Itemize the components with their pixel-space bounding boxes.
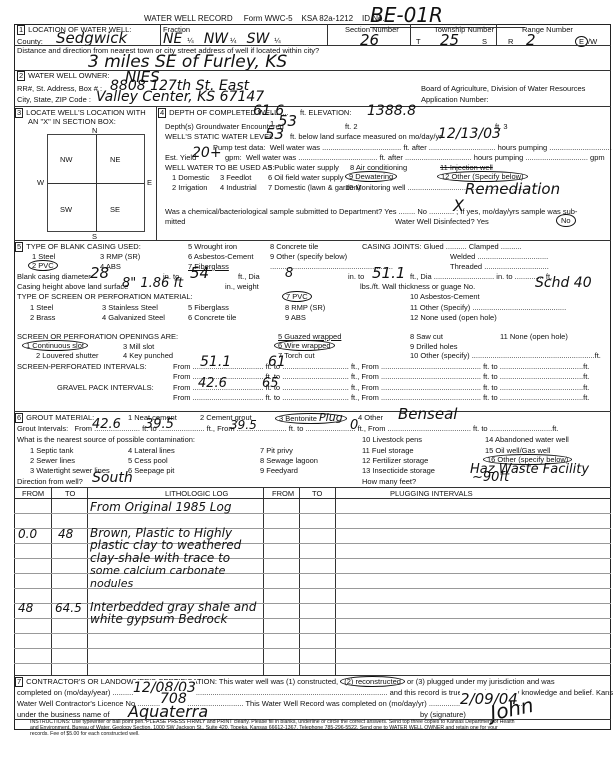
use-3[interactable]: 3 Feedlot [220,173,251,182]
quad-se: SE [110,205,120,214]
contam-livestock[interactable]: 10 Livestock pens [362,435,422,444]
contam-fertilizer[interactable]: 12 Fertilizer storage [362,456,428,465]
screen-rmp[interactable]: 8 RMP (SR) [285,303,325,312]
lbs-label: lbs./ft. Wall thickness or guage No. [360,282,475,291]
screen-to-field[interactable]: 61 [268,354,286,370]
opening-saw-cut[interactable]: 8 Saw cut [410,332,443,341]
grout-to-1[interactable]: 39.5 [145,417,174,432]
form-title: WATER WELL RECORD Form WWC-5 KSA 82a-121… [144,14,385,23]
use-2[interactable]: 2 Irrigation [172,183,207,192]
casing-label: 5TYPE OF BLANK CASING USED: [15,242,141,252]
gravel-intervals-label: GRAVEL PACK INTERVALS: [57,383,154,392]
log-text[interactable]: clay-shale with trace to [90,551,230,565]
joints-threaded[interactable]: Threaded ............................... [450,262,549,271]
elevation-label: ft. ELEVATION: [300,108,351,117]
quad-ne: NE [110,155,120,164]
pump-test-row-1: Pump test data: Well water was .........… [213,143,613,152]
grout-from-1[interactable]: 42.6 [92,417,121,432]
static-level-label: WELL'S STATIC WATER LEVEL [165,132,273,141]
direction-field[interactable]: South [92,470,133,486]
disinfected-no[interactable]: No [556,214,576,227]
range-field[interactable]: 2 [526,31,536,49]
section2-label: 2WATER WELL OWNER: [17,71,110,81]
screen-material-label: TYPE OF SCREEN OR PERFORATION MATERIAL: [17,292,193,301]
screen-intervals-label: SCREEN-PERFORATED INTERVALS: [17,362,147,371]
how-many-feet-field[interactable]: ~90ft [472,470,509,485]
gravel-interval-row-2: From .................................. … [173,393,589,402]
use-5[interactable]: 5 Public water supply [268,163,339,172]
grout-to-2[interactable]: 0 [350,418,358,433]
contam-abandoned-well[interactable]: 14 Abandoned water well [485,435,569,444]
diameter-label: Blank casing diameter [17,272,91,281]
contam-lateral[interactable]: 4 Lateral lines [128,446,175,455]
log-header-lithologic: LITHOLOGIC LOG [165,489,228,498]
screen-stainless[interactable]: 3 Stainless Steel [102,303,158,312]
screen-fiberglass[interactable]: 5 Fiberglass [188,303,229,312]
direction-label: Direction from well? [17,477,83,486]
casing-pvc[interactable]: 2 PVC [28,261,58,270]
instructions-line-3: records. Fee of $5.00 for each construct… [30,731,140,738]
screen-brass[interactable]: 2 Brass [30,313,55,322]
city-field[interactable]: Valley Center, KS 67147 [96,89,264,105]
screen-pvc[interactable]: 7 PVC [282,292,312,301]
screen-interval-row-2: From .................................. … [173,372,589,381]
opening-other[interactable]: 10 Other (specify) .....................… [410,351,601,360]
contam-fuel[interactable]: 11 Fuel storage [362,446,414,455]
static-text: ft. below land surface measured on mo/da… [290,132,442,141]
west-label: W [37,178,44,187]
sample-tail: mitted [165,217,185,226]
gravel-from-field[interactable]: 42.6 [198,376,227,391]
opening-key-punched[interactable]: 4 Key punched [123,351,173,360]
signature-label: by (signature) [420,710,466,719]
disinfected-label: Water Well Disinfected? Yes [395,217,489,226]
contam-insecticide[interactable]: 13 Insecticide storage [362,466,435,475]
distance-field[interactable]: 3 miles SE of Furley, KS [88,52,287,72]
plug-header-to: TO [312,489,322,498]
use-1[interactable]: 1 Domestic [172,173,210,182]
casing-other[interactable]: 9 Other (specify below) [270,252,347,261]
address-label: RR#, St. Address, Box # : [17,84,102,93]
contam-seepage[interactable]: 6 Seepage pit [128,466,174,475]
city-label: City, State, ZIP Code : [17,95,91,104]
use-label: WELL WATER TO BE USED AS: [165,163,274,172]
sample-row: Was a chemical/bacteriological sample su… [165,207,577,216]
contam-cess-pool[interactable]: 5 Cess pool [128,456,168,465]
log-text[interactable]: plastic clay to weathered [90,538,241,552]
certification-row: 7CONTRACTOR'S OR LANDOWNER'S CERTIFICATI… [15,677,555,687]
gw2-label: ft. 2 [345,122,358,131]
grout-other[interactable]: 4 Other [358,413,383,422]
log-text[interactable]: some calcium carbonate [90,564,225,577]
section-box[interactable]: NW NE SW SE [47,134,145,232]
log-text[interactable]: From Original 1985 Log [90,500,231,514]
contamination-label: What is the nearest source of possible c… [17,435,195,444]
use-6[interactable]: 6 Oil field water supply [268,173,343,182]
gravel-to-field[interactable]: 65 [262,376,279,391]
screen-abs[interactable]: 9 ABS [285,313,306,322]
height-field[interactable]: 8" 1.86 ft [122,276,183,291]
use-other-field[interactable]: Remediation [465,180,560,198]
east-label: E [147,178,152,187]
screen-concrete[interactable]: 6 Concrete tile [188,313,236,322]
pump-test-row-2: gpm: Well water was ....................… [225,153,605,162]
static-level-field[interactable]: 53 [265,125,284,143]
log-text[interactable]: nodules [90,577,133,590]
plug-header-from: FROM [272,489,294,498]
screen-interval-row-1: From .................................. … [173,362,589,371]
business-label: under the business name of [17,710,110,719]
contam-lagoon[interactable]: 8 Sewage lagoon [260,456,318,465]
ft-dia-1: ft., Dia [238,272,260,281]
use-4[interactable]: 4 Industrial [220,183,257,192]
quad-sw: SW [60,205,72,214]
static-date-field[interactable]: 12/13/03 [438,126,501,142]
screen-other[interactable]: 11 Other (Specify) .....................… [410,303,566,312]
to-1[interactable]: 54 [190,264,209,282]
diameter-1[interactable]: 28 [90,264,109,282]
log-text[interactable]: white gypsum Bedrock [90,612,227,626]
opening-wire-wrapped[interactable]: 6 Wire wrapped [274,341,335,350]
log-header-to: TO [65,489,75,498]
quad-nw: NW [60,155,73,164]
yield-field[interactable]: 20+ [192,145,222,161]
opening-none[interactable]: 11 None (open hole) [500,332,568,341]
grout-other-field[interactable]: Benseal [398,405,457,423]
contam-sewer[interactable]: 2 Sewer lines [30,456,75,465]
casing-joints[interactable]: CASING JOINTS: Glued .......... Clamped … [362,242,522,251]
contam-feedyard[interactable]: 9 Feedyard [260,466,298,475]
diameter-2[interactable]: 8 [285,266,293,281]
reconstructed-option[interactable]: (2) reconstructed [340,676,405,687]
log-from[interactable]: 0.0 [18,527,37,541]
how-many-feet-label: How many feet? [362,477,416,486]
section3-sublabel: AN "X" IN SECTION BOX: [28,117,116,126]
board-label: Board of Agriculture, Division of Water … [421,84,585,93]
casing-asbestos[interactable]: 6 Asbestos-Cement [188,252,253,261]
log-to[interactable]: 64.5 [55,601,82,615]
licence-row: Water Well Contractor's Licence No .....… [17,699,525,708]
height-label: Casing height above land surface [17,282,128,291]
screen-galvanized[interactable]: 4 Galvanized Steel [102,313,165,322]
log-from[interactable]: 48 [18,601,33,615]
to-2[interactable]: 51.1 [372,264,405,282]
sample-no-mark[interactable]: X [453,196,464,215]
contam-pit-privy[interactable]: 7 Pit privy [260,446,293,455]
screen-none[interactable]: 12 None used (open hole) [410,313,497,322]
section-number-field[interactable]: 26 [360,31,379,49]
casing-wrought-iron[interactable]: 5 Wrought iron [188,242,237,251]
contam-septic[interactable]: 1 Septic tank [30,446,73,455]
use-9[interactable]: 9 Dewatering [345,172,397,181]
joints-welded[interactable]: Welded .................................… [450,252,548,261]
log-to[interactable]: 48 [58,527,73,541]
casing-concrete[interactable]: 8 Concrete tile [270,242,318,251]
gravel-interval-row-1: From .................................. … [173,383,589,392]
screen-steel[interactable]: 1 Steel [30,303,53,312]
log-header-from: FROM [22,489,44,498]
plug-header-intervals: PLUGGING INTERVALS [390,489,473,498]
elevation-field[interactable]: 1388.8 [367,103,416,119]
gauge-field[interactable]: Schd 40 [535,275,592,291]
screen-asbestos[interactable]: 10 Asbestos-Cement [410,292,480,301]
grout-bentonite[interactable]: 3 Bentonite Plug [275,411,347,424]
in-to-2: in. to [348,272,364,281]
township-field[interactable]: 25 [440,31,459,49]
opening-continuous-slot[interactable]: 1 Continuous slot [22,341,88,350]
opening-drilled[interactable]: 9 Drilled holes [410,342,458,351]
grout-from-2[interactable]: 39.5 [230,418,257,432]
grout-label: 6GROUT MATERIAL: [15,413,94,423]
screen-from-field[interactable]: 51.1 [200,354,231,370]
application-number-label: Application Number: [421,95,489,104]
opening-louvered[interactable]: 2 Louvered shutter [36,351,99,360]
casing-rmp[interactable]: 3 RMP (SR) [100,252,140,261]
weight-label: in., weight [225,282,259,291]
opening-mill-slot[interactable]: 3 Mill slot [123,342,154,351]
ft-dia-2: ft., Dia ............................. i… [410,272,552,281]
